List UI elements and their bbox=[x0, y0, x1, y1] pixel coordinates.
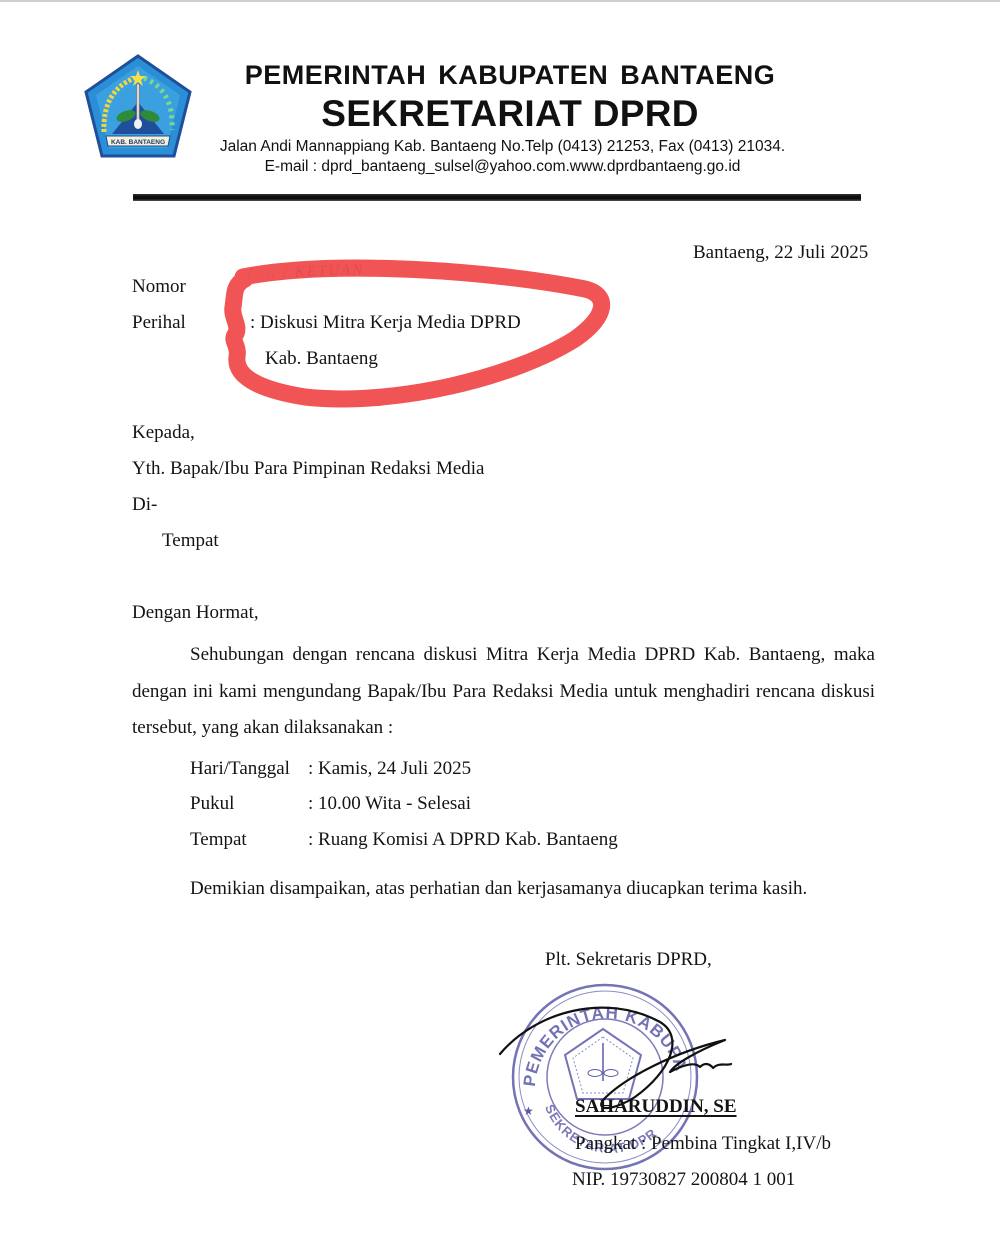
detail-row-date: Hari/Tanggal: Kamis, 24 Juli 2025 bbox=[190, 758, 471, 780]
perihal-label: Perihal bbox=[132, 312, 186, 334]
recipient-kepada: Kepada, bbox=[132, 422, 195, 444]
signatory-nip: NIP. 19730827 200804 1 001 bbox=[572, 1169, 795, 1191]
recipient-di: Di- bbox=[132, 494, 157, 516]
closing-sentence: Demikian disampaikan, atas perhatian dan… bbox=[190, 878, 807, 900]
body-paragraph: Sehubungan dengan rencana diskusi Mitra … bbox=[132, 637, 875, 747]
letterhead-divider bbox=[133, 194, 861, 201]
detail-value: : 10.00 Wita - Selesai bbox=[308, 793, 471, 814]
detail-value: : Kamis, 24 Juli 2025 bbox=[308, 758, 471, 779]
svg-text:KAB. BANTAENG: KAB. BANTAENG bbox=[111, 139, 165, 146]
nomor-label: Nomor bbox=[132, 276, 186, 298]
detail-label: Tempat bbox=[190, 829, 308, 851]
detail-row-place: Tempat: Ruang Komisi A DPRD Kab. Bantaen… bbox=[190, 829, 618, 851]
office-name: SEKRETARIAT DPRD bbox=[200, 93, 820, 135]
detail-row-time: Pukul: 10.00 Wita - Selesai bbox=[190, 793, 471, 815]
recipient-name: Yth. Bapak/Ibu Para Pimpinan Redaksi Med… bbox=[132, 458, 485, 480]
detail-label: Pukul bbox=[190, 793, 308, 815]
office-email-website: E-mail : dprd_bantaeng_sulsel@yahoo.com.… bbox=[190, 158, 815, 176]
recipient-place: Tempat bbox=[162, 530, 219, 552]
office-address: Jalan Andi Mannappiang Kab. Bantaeng No.… bbox=[190, 138, 815, 156]
signatory-rank: Pangkat : Pembina Tingkat I,IV/b bbox=[575, 1133, 831, 1155]
kabupaten-bantaeng-emblem-icon: KAB. BANTAENG bbox=[82, 52, 194, 162]
perihal-value-line2: Kab. Bantaeng bbox=[265, 348, 378, 370]
nomor-value: / ... / KETUAN bbox=[248, 262, 365, 283]
detail-value: : Ruang Komisi A DPRD Kab. Bantaeng bbox=[308, 829, 618, 850]
government-name: PEMERINTAH KABUPATEN BANTAENG bbox=[200, 60, 820, 91]
salutation: Dengan Hormat, bbox=[132, 602, 259, 624]
perihal-value-line1: : Diskusi Mitra Kerja Media DPRD bbox=[250, 312, 521, 334]
signatory-title: Plt. Sekretaris DPRD, bbox=[545, 949, 712, 971]
detail-label: Hari/Tanggal bbox=[190, 758, 308, 780]
signatory-name: SAHARUDDIN, SE bbox=[575, 1096, 737, 1118]
place-date: Bantaeng, 22 Juli 2025 bbox=[693, 242, 868, 264]
